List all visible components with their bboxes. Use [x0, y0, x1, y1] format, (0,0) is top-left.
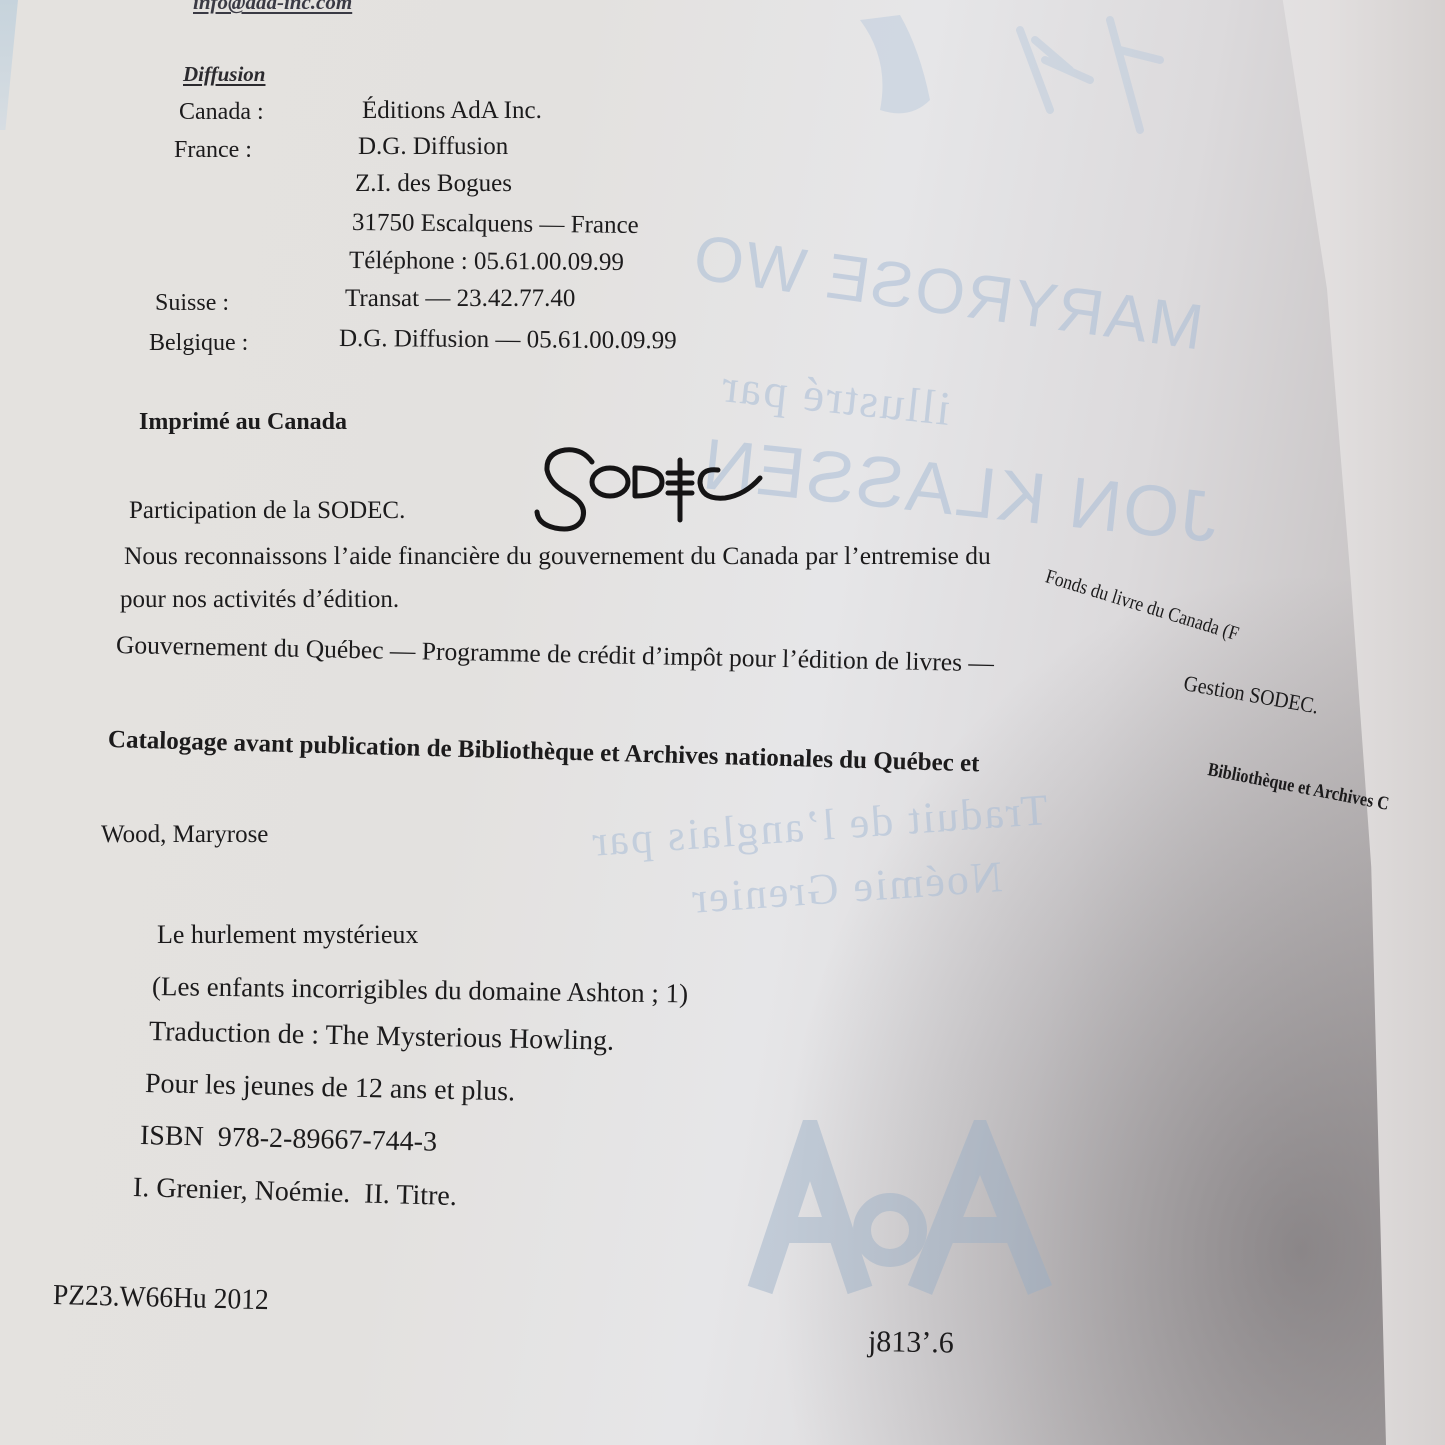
distribution-belgique-value: D.G. Diffusion — 05.61.00.09.99 — [339, 326, 677, 353]
sodec-participation: Participation de la SODEC. — [129, 498, 405, 523]
distribution-france-phone: Téléphone : 05.61.00.09.99 — [349, 248, 624, 275]
distribution-label-canada: Canada : — [179, 100, 264, 124]
distribution-france-line-1: D.G. Diffusion — [358, 134, 508, 159]
printed-in-canada: Imprimé au Canada — [139, 410, 347, 434]
distribution-france-line-3: 31750 Escalquens — France — [352, 210, 639, 238]
distribution-label-belgique: Belgique : — [149, 331, 248, 355]
show-through-publisher-logo-icon — [740, 1120, 1060, 1300]
book-page — [0, 0, 1445, 1445]
catalog-author: Wood, Maryrose — [101, 822, 268, 847]
distribution-heading: Diffusion — [183, 64, 265, 85]
canada-acknowledgement-part-a: Nous reconnaissons l’aide financière du … — [124, 543, 991, 569]
catalog-title: Le hurlement mystérieux — [157, 922, 418, 948]
distribution-label-suisse: Suisse : — [155, 291, 229, 315]
canada-acknowledgement-line-2: pour nos activités d’édition. — [120, 587, 399, 612]
distribution-canada-value: Éditions AdA Inc. — [362, 98, 542, 123]
distribution-suisse-value: Transat — 23.42.77.40 — [345, 286, 575, 311]
show-through-illustration-icon — [820, 0, 1180, 140]
sodec-logo-icon — [520, 440, 765, 535]
distribution-label-france: France : — [174, 138, 252, 162]
distribution-france-line-2: Z.I. des Bogues — [355, 171, 512, 196]
catalog-lc-classification: PZ23.W66Hu 2012 — [53, 1281, 269, 1315]
publisher-email: info@ada-inc.com — [193, 0, 352, 13]
catalog-isbn: ISBN 978-2-89667-744-3 — [140, 1122, 438, 1157]
catalog-dewey-classification: j813’.6 — [868, 1327, 954, 1358]
